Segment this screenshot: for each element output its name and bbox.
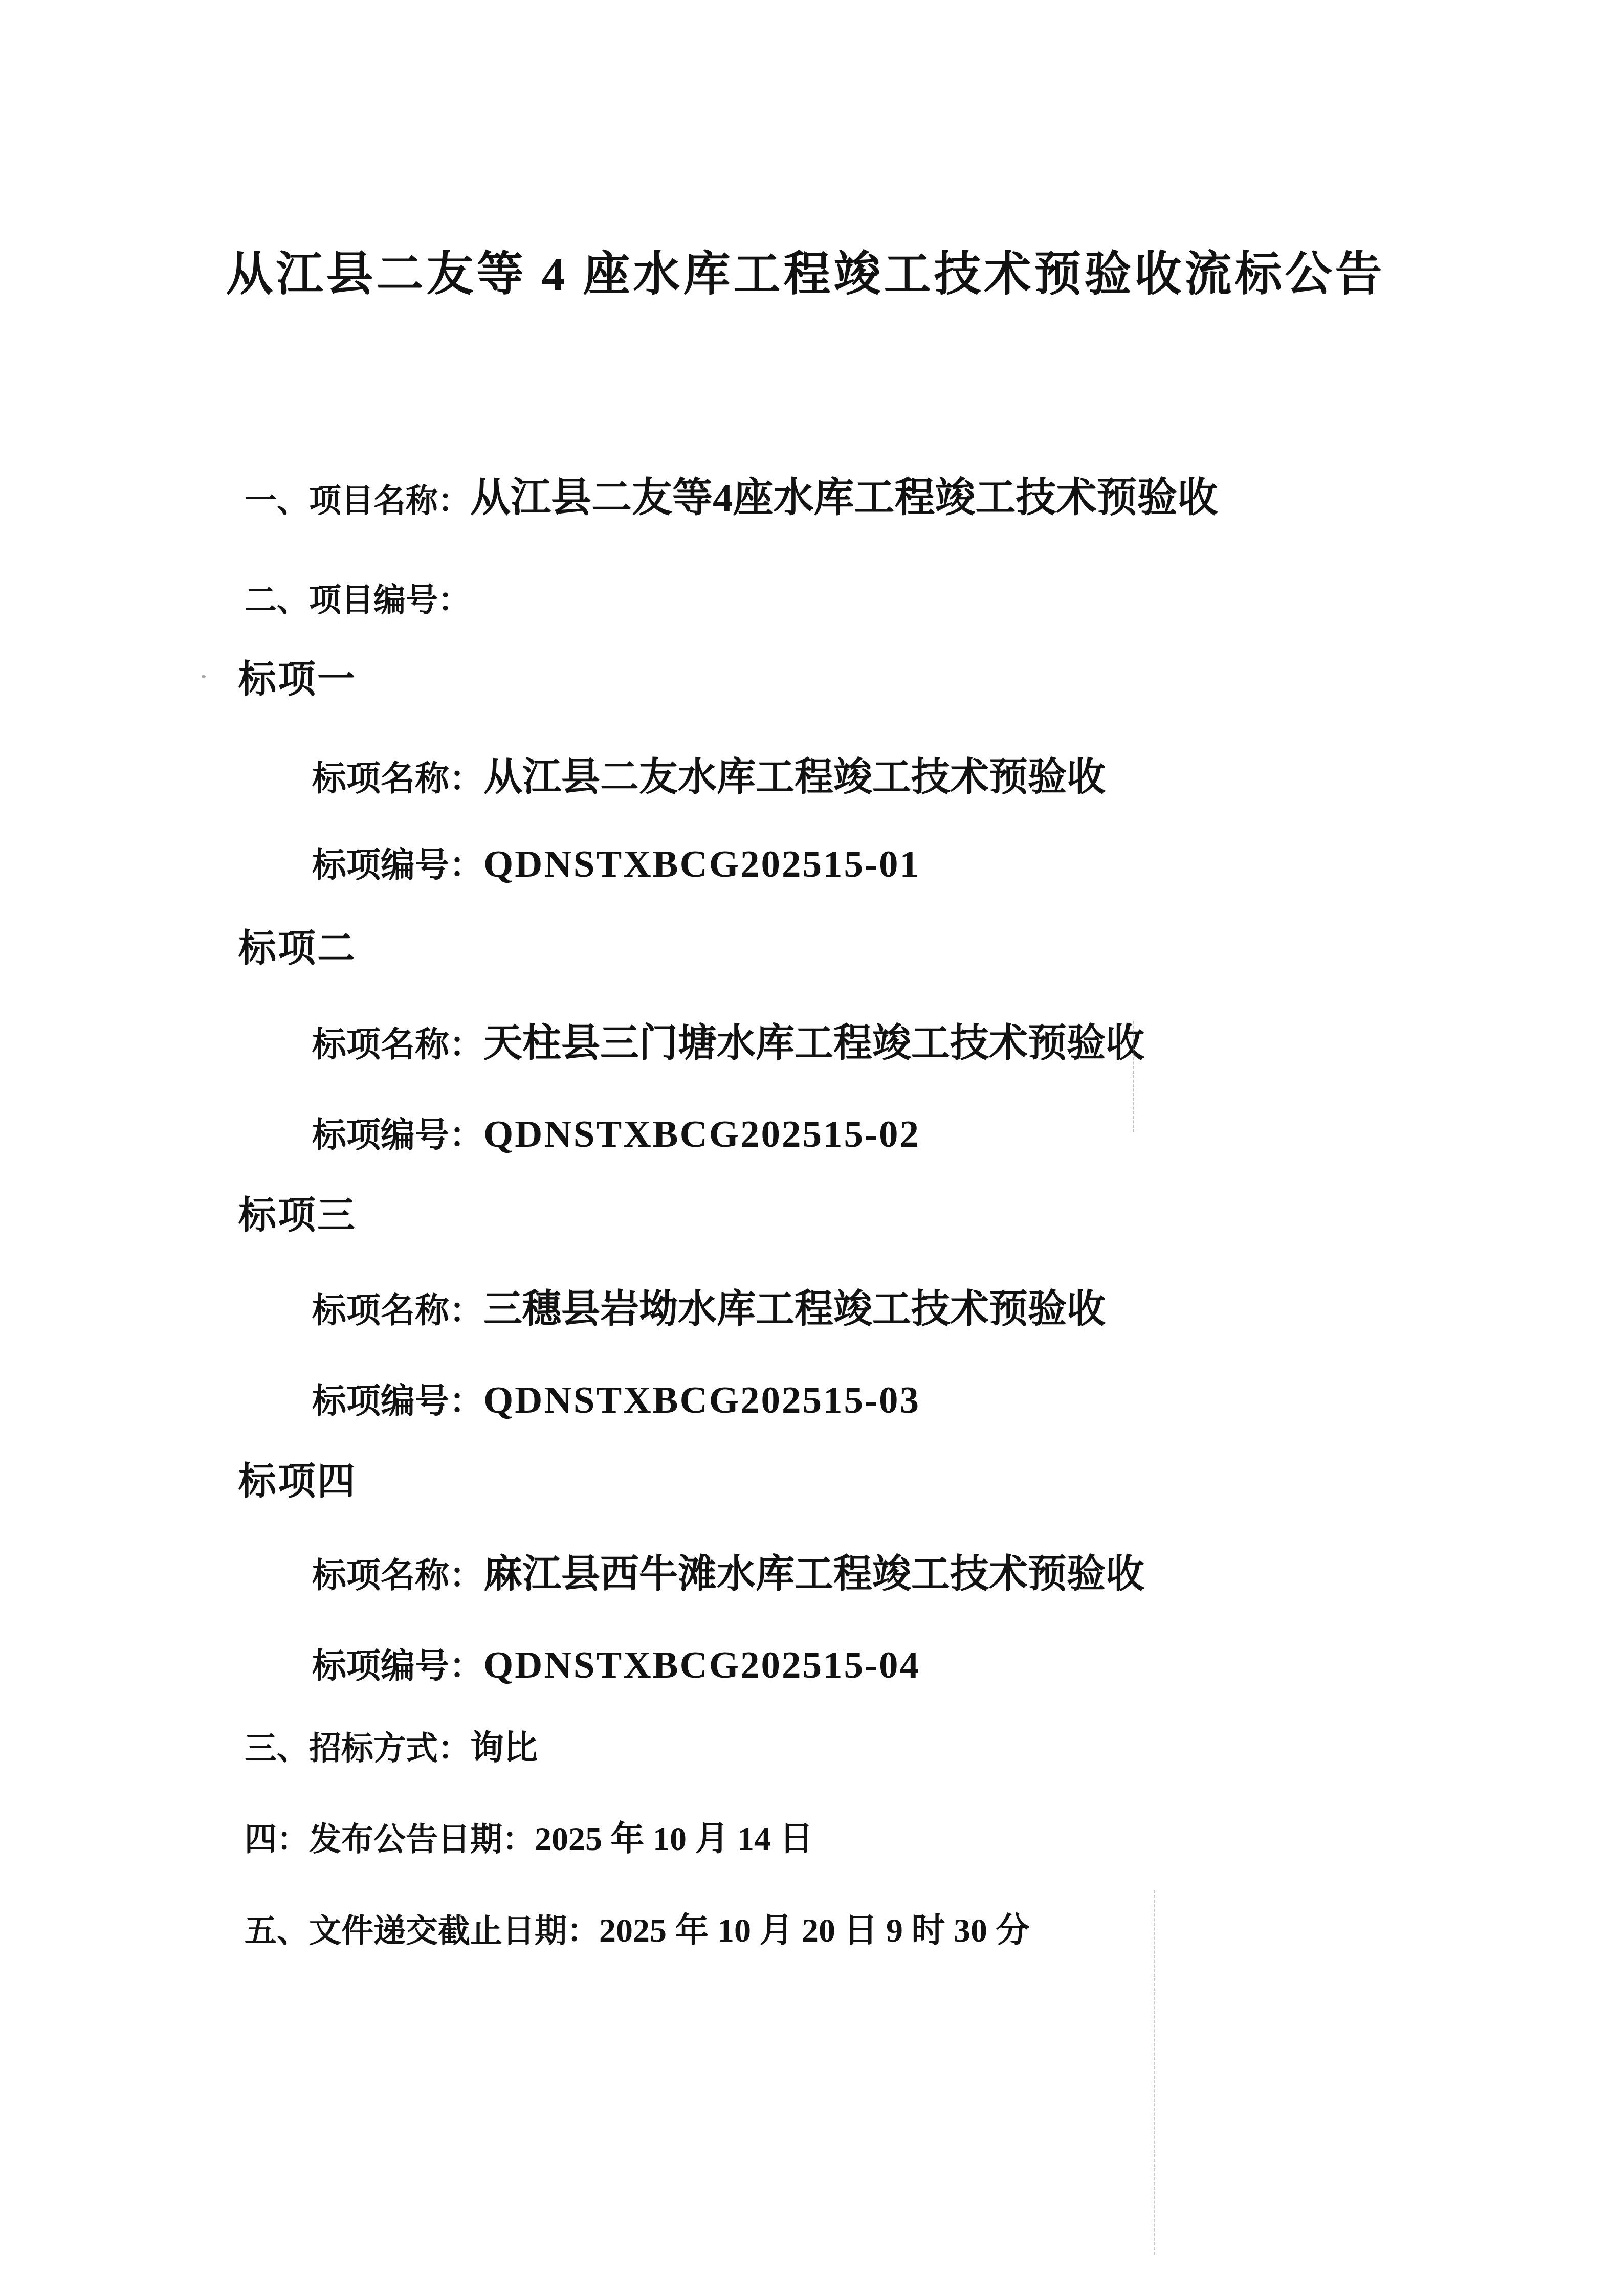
bid-2-heading: 标项二	[238, 930, 357, 968]
project-number-line: 二、项目编号：	[245, 583, 470, 617]
project-name-value: 从江县二友等4座水库工程竣工技术预验收	[470, 476, 1218, 521]
publish-date-label: 四：发布公告日期：	[245, 1821, 535, 1857]
bid-1-code-value: QDNSTXBCG202515-01	[483, 843, 920, 885]
bid-4-heading: 标项四	[238, 1463, 357, 1501]
bid-2-name-line: 标项名称：天柱县三门塘水库工程竣工技术预验收	[312, 1024, 1144, 1063]
bid-2-name-label: 标项名称：	[312, 1026, 483, 1064]
project-name-label: 一、项目名称：	[245, 483, 470, 519]
bid-1-heading: 标项一	[238, 661, 357, 699]
bid-1-code-line: 标项编号：QDNSTXBCG202515-01	[312, 845, 920, 883]
tender-method-label: 三、招标方式：	[245, 1730, 470, 1766]
document-title: 从江县二友等 4 座水库工程竣工技术预验收流标公告	[0, 236, 1611, 304]
bid-3-name-value: 三穗县岩坳水库工程竣工技术预验收	[483, 1288, 1106, 1331]
scan-dashed-line-artifact-lower	[1154, 1890, 1155, 2255]
bid-1-code-label: 标项编号：	[312, 846, 483, 884]
announcement-document-page: 从江县二友等 4 座水库工程竣工技术预验收流标公告 一、项目名称：从江县二友等4…	[0, 0, 1611, 2296]
bid-1-name-line: 标项名称：从江县二友水库工程竣工技术预验收	[312, 758, 1106, 797]
tender-method-line: 三、招标方式：询比	[245, 1731, 538, 1765]
scan-dashed-line-artifact-upper	[1133, 1021, 1134, 1132]
scan-speck-artifact	[202, 675, 206, 678]
tender-method-value: 询比	[470, 1729, 538, 1767]
bid-4-code-value: QDNSTXBCG202515-04	[483, 1644, 920, 1686]
bid-4-code-label: 标项编号：	[312, 1647, 483, 1685]
bid-3-name-label: 标项名称：	[312, 1292, 483, 1330]
bid-3-code-line: 标项编号：QDNSTXBCG202515-03	[312, 1381, 920, 1419]
deadline-value: 2025 年 10 月 20 日 9 时 30 分	[599, 1912, 1030, 1949]
bid-2-name-value: 天柱县三门塘水库工程竣工技术预验收	[483, 1022, 1144, 1065]
bid-3-code-value: QDNSTXBCG202515-03	[483, 1379, 920, 1421]
deadline-label: 五、文件递交截止日期：	[245, 1913, 599, 1949]
deadline-line: 五、文件递交截止日期：2025 年 10 月 20 日 9 时 30 分	[245, 1914, 1030, 1948]
bid-1-name-value: 从江县二友水库工程竣工技术预验收	[483, 756, 1106, 799]
bid-3-heading: 标项三	[238, 1197, 357, 1235]
bid-3-code-label: 标项编号：	[312, 1383, 483, 1420]
project-name-line: 一、项目名称：从江县二友等4座水库工程竣工技术预验收	[245, 478, 1218, 519]
bid-2-code-label: 标项编号：	[312, 1117, 483, 1154]
bid-2-code-value: QDNSTXBCG202515-02	[483, 1113, 920, 1155]
bid-3-name-line: 标项名称：三穗县岩坳水库工程竣工技术预验收	[312, 1290, 1106, 1329]
bid-4-name-value: 麻江县西牛滩水库工程竣工技术预验收	[483, 1553, 1144, 1596]
bid-2-code-line: 标项编号：QDNSTXBCG202515-02	[312, 1115, 920, 1153]
bid-4-name-line: 标项名称：麻江县西牛滩水库工程竣工技术预验收	[312, 1555, 1144, 1594]
bid-4-name-label: 标项名称：	[312, 1557, 483, 1595]
bid-4-code-line: 标项编号：QDNSTXBCG202515-04	[312, 1646, 920, 1684]
publish-date-line: 四：发布公告日期：2025 年 10 月 14 日	[245, 1822, 813, 1856]
project-number-label: 二、项目编号：	[245, 582, 470, 618]
publish-date-value: 2025 年 10 月 14 日	[535, 1820, 813, 1858]
bid-1-name-label: 标项名称：	[312, 760, 483, 798]
